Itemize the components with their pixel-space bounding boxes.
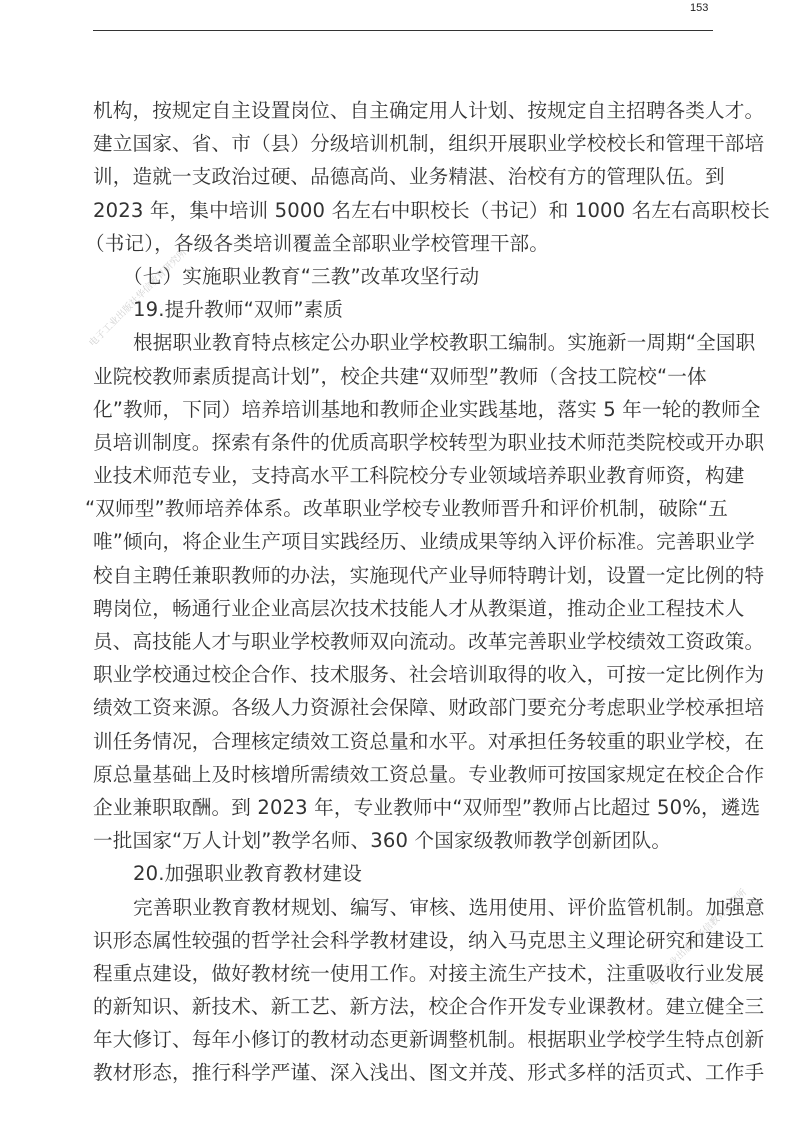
page-number: 153 bbox=[690, 2, 708, 14]
text-line: 建立国家、省、市（县）分级培训机制，组织开展职业学校校长和管理干部培 bbox=[93, 127, 715, 160]
text-line: 识形态属性较强的哲学社会科学教材建设，纳入马克思主义理论研究和建设工 bbox=[93, 924, 715, 957]
text-line: 原总量基础上及时核增所需绩效工资总量。专业教师可按国家规定在校企合作 bbox=[93, 758, 715, 791]
paragraph-start: 完善职业教育教材规划、编写、审核、选用使用、评价监管机制。加强意 bbox=[93, 891, 715, 924]
text-line: 企业兼职取酬。到 2023 年，专业教师中“双师型”教师占比超过 50%，遴选 bbox=[93, 791, 715, 824]
text-line: 2023 年，集中培训 5000 名左右中职校长（书记）和 1000 名左右高职… bbox=[93, 194, 715, 227]
header-rule bbox=[93, 30, 713, 31]
section-heading: （七）实施职业教育“三教”改革攻坚行动 bbox=[93, 260, 715, 293]
subsection-heading: 19.提升教师“双师”素质 bbox=[93, 293, 715, 326]
text-line: 业技术师范专业，支持高水平工科院校分专业领域培养职业教育师资，构建 bbox=[93, 459, 715, 492]
paragraph-start: 根据职业教育特点核定公办职业学校教职工编制。实施新一周期“全国职 bbox=[93, 326, 715, 359]
subsection-heading: 20.加强职业教育教材建设 bbox=[93, 857, 715, 890]
text-line: 唯”倾向，将企业生产项目实践经历、业绩成果等纳入评价标准。完善职业学 bbox=[93, 525, 715, 558]
text-line: 员、高技能人才与职业学校教师双向流动。改革完善职业学校绩效工资政策。 bbox=[93, 625, 715, 658]
text-line: 机构，按规定自主设置岗位、自主确定用人计划、按规定自主招聘各类人才。 bbox=[93, 94, 715, 127]
text-line: 训，造就一支政治过硬、品德高尚、业务精湛、治校有方的管理队伍。到 bbox=[93, 160, 715, 193]
text-line: 聘岗位，畅通行业企业高层次技术技能人才从教渠道，推动企业工程技术人 bbox=[93, 592, 715, 625]
text-line: 程重点建设，做好教材统一使用工作。对接主流生产技术，注重吸收行业发展 bbox=[93, 957, 715, 990]
text-line: 教材形态，推行科学严谨、深入浅出、图文并茂、形式多样的活页式、工作手 bbox=[93, 1056, 715, 1089]
body-text: 机构，按规定自主设置岗位、自主确定用人计划、按规定自主招聘各类人才。 建立国家、… bbox=[93, 94, 715, 1090]
text-line: “双师型”教师培养体系。改革职业学校专业教师晋升和评价机制，破除“五 bbox=[85, 492, 715, 525]
text-line: 绩效工资来源。各级人力资源社会保障、财政部门要充分考虑职业学校承担培 bbox=[93, 691, 715, 724]
text-line: 校自主聘任兼职教师的办法，实施现代产业导师特聘计划，设置一定比例的特 bbox=[93, 559, 715, 592]
text-line: 职业学校通过校企合作、技术服务、社会培训取得的收入，可按一定比例作为 bbox=[93, 658, 715, 691]
text-line: 业院校教师素质提高计划”，校企共建“双师型”教师（含技工院校“一体 bbox=[93, 360, 715, 393]
text-line: 化”教师，下同）培养培训基地和教师企业实践基地，落实 5 年一轮的教师全 bbox=[93, 393, 715, 426]
text-line: 一批国家“万人计划”教学名师、360 个国家级教师教学创新团队。 bbox=[93, 824, 715, 857]
text-line: （书记），各级各类培训覆盖全部职业学校管理干部。 bbox=[85, 227, 715, 260]
text-line: 员培训制度。探索有条件的优质高职学校转型为职业技术师范类院校或开办职 bbox=[93, 426, 715, 459]
text-line: 训任务情况，合理核定绩效工资总量和水平。对承担任务较重的职业学校，在 bbox=[93, 725, 715, 758]
text-line: 的新知识、新技术、新工艺、新方法，校企合作开发专业课教材。建立健全三 bbox=[93, 990, 715, 1023]
text-line: 年大修订、每年小修订的教材动态更新调整机制。根据职业学校学生特点创新 bbox=[93, 1023, 715, 1056]
